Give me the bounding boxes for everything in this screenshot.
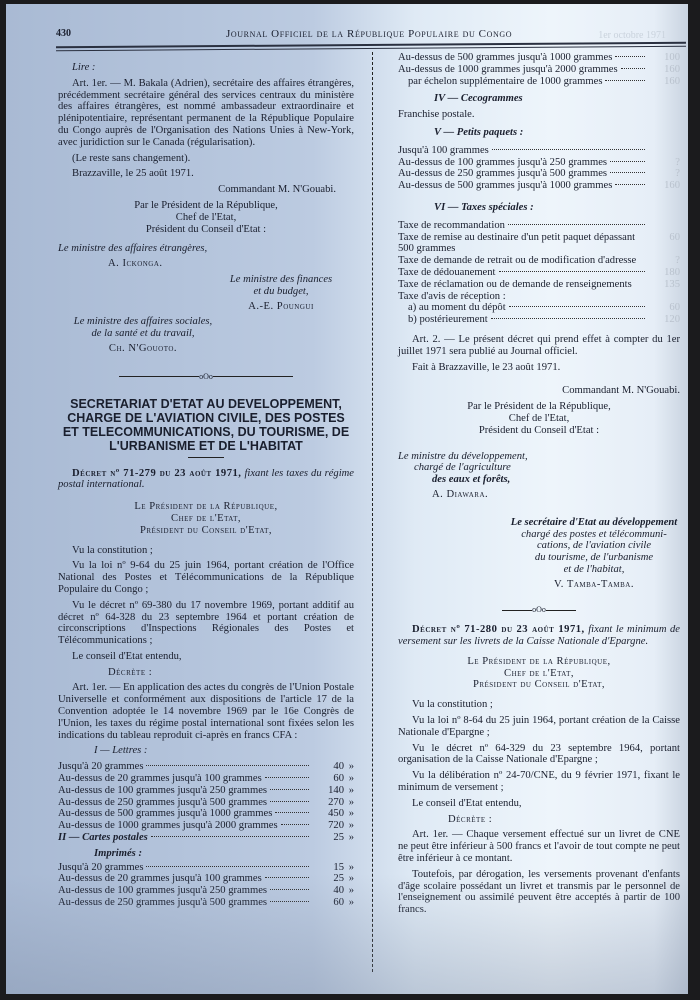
- tariff-row: Taxe de demande de retrait ou de modific…: [398, 255, 680, 267]
- secretary-title: cations, de l'aviation civile: [508, 540, 680, 552]
- tariff-row: Au-dessus de 20 grammes jusqu'à 100 gram…: [58, 773, 354, 785]
- short-rule: [188, 457, 224, 458]
- minister-title: Le ministre des affaires sociales,: [58, 316, 228, 328]
- tariff-row: a) au moment du dépôt60: [398, 302, 680, 314]
- par-le-president: Par le Président de la République, Chef …: [58, 200, 354, 235]
- decree-number: Décret nº 71-280 du 23 août 1971,: [412, 624, 585, 635]
- toutefois-text: Toutefois, par dérogation, les versement…: [398, 869, 680, 916]
- decree-title: Décret nº 71-279 du 23 août 1971, fixant…: [58, 468, 354, 492]
- tariff-row: Au-dessus de 250 grammes jusqu'à 500 gra…: [58, 797, 354, 809]
- minister-foreign: Le ministre des affaires étrangères, A. …: [58, 243, 354, 270]
- line: Chef de l'Etat,: [58, 212, 354, 224]
- place-date: Brazzaville, le 25 août 1971.: [58, 168, 354, 180]
- fait-a: Fait à Brazzaville, le 23 août 1971.: [398, 362, 680, 374]
- header-rule: [56, 42, 686, 51]
- line: Président du Conseil d'Etat :: [58, 224, 354, 236]
- line: Chef de l'Etat,: [58, 513, 354, 525]
- line: Président du Conseil d'Etat :: [398, 425, 680, 437]
- taxes-speciales-heading: VI — Taxes spéciales :: [434, 202, 680, 214]
- visa: Vu la loi nº 8-64 du 25 juin 1964, porta…: [398, 715, 680, 739]
- section-heading: SECRETARIAT D'ETAT AU DEVELOPPEMENT, CHA…: [58, 397, 354, 453]
- tariff-row: Jusqu'à 100 grammes: [398, 145, 680, 157]
- minister-title: Le ministre du développement,: [398, 451, 568, 463]
- par-le-president: Par le Président de la République, Chef …: [398, 401, 680, 436]
- tariff-row: Au-dessus de 1000 grammes jusqu'à 2000 g…: [398, 64, 680, 76]
- minister-name: Ch. N'Gouoto.: [58, 343, 228, 355]
- line: Président du Conseil d'Etat,: [58, 525, 354, 537]
- minister-dev: Le ministre du développement, chargé de …: [398, 451, 568, 501]
- secretary-name: V. Tamba-Tamba.: [508, 579, 680, 591]
- petits-paquets-heading: V — Petits paquets :: [434, 127, 680, 139]
- column-divider: [372, 52, 373, 972]
- tariff-row: Au-dessus de 250 grammes jusqu'à 500 gra…: [58, 897, 354, 909]
- ornament-divider: oOo: [58, 371, 354, 383]
- minister-title: chargé de l'agriculture: [414, 462, 568, 474]
- lettres-heading: I — Lettres :: [94, 745, 354, 757]
- franchise-text: Franchise postale.: [398, 109, 680, 121]
- ornament-divider: oOo: [398, 604, 680, 616]
- tariff-row: Au-dessus de 100 grammes jusqu'à 250 gra…: [58, 785, 354, 797]
- line: Chef de l'Etat,: [398, 413, 680, 425]
- minister-finance: Le ministre des finances et du budget, A…: [208, 274, 354, 312]
- signatory: Commandant M. N'Gouabi.: [398, 385, 680, 397]
- art1-text: Art. 1er. — M. Bakala (Adrien), secrétai…: [58, 78, 354, 149]
- tariff-row: Au-dessus de 500 grammes jusqu'à 1000 gr…: [398, 180, 680, 192]
- line: Chef de l'Etat,: [398, 668, 680, 680]
- journal-page: 430 Journal Officiel de la République Po…: [6, 4, 688, 994]
- page-header: 430 Journal Officiel de la République Po…: [56, 24, 676, 42]
- journal-title: Journal Officiel de la République Popula…: [226, 28, 512, 40]
- line: Par le Président de la République,: [58, 200, 354, 212]
- president-block: Le Président de la République, Chef de l…: [58, 501, 354, 536]
- tariff-row: Au-dessus de 500 grammes jusqu'à 1000 gr…: [58, 808, 354, 820]
- visa: Le conseil d'Etat entendu,: [398, 798, 680, 810]
- page-number: 430: [56, 28, 71, 39]
- decree-number: Décret nº 71-279 du 23 août 1971,: [72, 468, 241, 479]
- secretary-title: et de l'habitat,: [508, 564, 680, 576]
- tariff-row: par échelon supplémentaire de 1000 gramm…: [398, 76, 680, 88]
- art1-text: Art. 1er. — Chaque versement effectué su…: [398, 829, 680, 864]
- tariff-row: Au-dessus de 100 grammes jusqu'à 250 gra…: [58, 885, 354, 897]
- tariff-row: Jusqu'à 20 grammes40»: [58, 761, 354, 773]
- tariff-row: Taxe de recommandation: [398, 220, 680, 232]
- visa: Vu la constitution ;: [58, 545, 354, 557]
- line: Le Président de la République,: [58, 501, 354, 513]
- visa: Vu la loi nº 9-64 du 25 juin 1964, porta…: [58, 560, 354, 595]
- minister-title: Le ministre des finances: [208, 274, 354, 286]
- line: Par le Président de la République,: [398, 401, 680, 413]
- minister-title: de la santé et du travail,: [58, 328, 228, 340]
- decrete-label: Décrète :: [108, 667, 354, 679]
- secretary-signature: Le secrétaire d'Etat au développement ch…: [508, 517, 680, 591]
- secretary-title: chargé des postes et télécommuni-: [508, 529, 680, 541]
- ornament: oOo: [199, 371, 213, 383]
- art2-text: Art. 2. — Le présent décret qui prend ef…: [398, 334, 680, 358]
- tariff-row: Au-dessus de 250 grammes jusqu'à 500 gra…: [398, 168, 680, 180]
- decrete-label: Décrète :: [448, 814, 680, 826]
- right-column: Au-dessus de 500 grammes jusqu'à 1000 gr…: [398, 52, 680, 920]
- visa: Vu la constitution ;: [398, 699, 680, 711]
- tariff-row: Taxe d'avis de réception :: [398, 291, 680, 303]
- decree2-title: Décret nº 71-280 du 23 août 1971, fixant…: [398, 624, 680, 648]
- minister-title: et du budget,: [208, 286, 354, 298]
- tariff-row: Jusqu'à 20 grammes15»: [58, 862, 354, 874]
- line: Président du Conseil d'Etat,: [398, 679, 680, 691]
- signatory: Commandant M. N'Gouabi.: [58, 184, 336, 196]
- tariff-row: Au-dessus de 20 grammes jusqu'à 100 gram…: [58, 873, 354, 885]
- president-block: Le Président de la République, Chef de l…: [398, 656, 680, 691]
- imprimes-heading: Imprimés :: [94, 848, 354, 860]
- art1-decree: Art. 1er. — En application des actes du …: [58, 682, 354, 741]
- cecogrammes-heading: IV — Cecogrammes: [434, 93, 680, 105]
- lire-label: Lire :: [58, 62, 354, 74]
- minister-name: A.-E. Poungui: [208, 301, 354, 313]
- secretary-title: du tourisme, de l'urbanisme: [508, 552, 680, 564]
- tariff-row: Taxe de réclamation ou de demande de ren…: [398, 279, 680, 291]
- tariff-row: II — Cartes postales25»: [58, 832, 354, 844]
- visa: Vu la délibération nº 24-70/CNE, du 9 fé…: [398, 770, 680, 794]
- tariff-row: b) postérieurement120: [398, 314, 680, 326]
- visa: Le conseil d'Etat entendu,: [58, 651, 354, 663]
- minister-name: A. Ickonga.: [108, 258, 354, 270]
- minister-title: Le ministre des affaires étrangères,: [58, 243, 354, 255]
- visa: Vu le décret nº 64-329 du 23 septembre 1…: [398, 743, 680, 767]
- issue-date: 1er octobre 1971: [598, 30, 666, 41]
- visa: Vu le décret nº 69-380 du 17 novembre 19…: [58, 600, 354, 647]
- tariff-row: Au-dessus de 500 grammes jusqu'à 1000 gr…: [398, 52, 680, 64]
- reste-text: (Le reste sans changement).: [58, 153, 354, 165]
- ornament: oOo: [532, 604, 546, 616]
- tariff-row: Au-dessus de 100 grammes jusqu'à 250 gra…: [398, 157, 680, 169]
- minister-title: des eaux et forêts,: [432, 474, 568, 486]
- minister-name: A. Diawara.: [432, 489, 568, 501]
- tariff-row: Taxe de dédouanement180: [398, 267, 680, 279]
- secretary-title: Le secrétaire d'Etat au développement: [508, 517, 680, 529]
- line: Le Président de la République,: [398, 656, 680, 668]
- minister-social: Le ministre des affaires sociales, de la…: [58, 316, 228, 354]
- tariff-row: Au-dessus de 1000 grammes jusqu'à 2000 g…: [58, 820, 354, 832]
- left-column: Lire : Art. 1er. — M. Bakala (Adrien), s…: [58, 62, 354, 909]
- tariff-row: Taxe de remise au destinaire d'un petit …: [398, 232, 680, 256]
